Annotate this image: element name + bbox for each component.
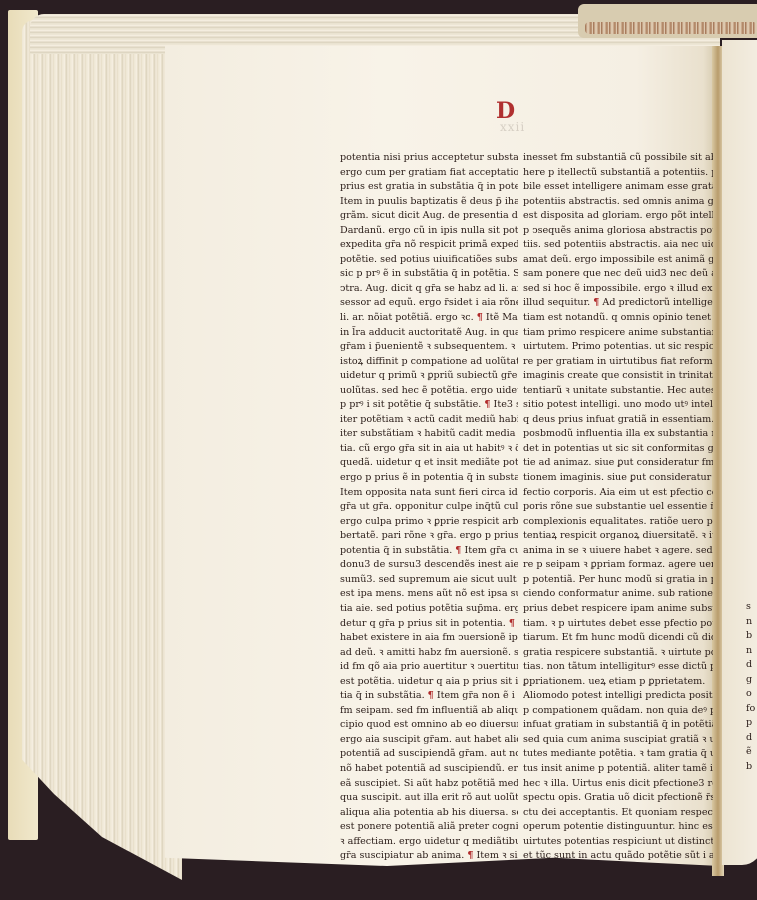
text-line: sed quia cum anima suscipiat gratiã ꝛ ui… <box>523 733 713 748</box>
text-line: id fm qõ aia prio auertitur ꝛ ↄuertitur … <box>340 660 518 675</box>
facing-line-fragment: o <box>746 687 755 702</box>
text-line: tia aie. sed potius potẽtia sup̃ma. ergo… <box>340 602 518 617</box>
text-line: tionem imaginis. siue ꝑut consideratur u… <box>523 471 713 486</box>
text-line: hec ꝛ illa. Uirtus enis dicit pfectione3… <box>523 777 713 792</box>
text-line: tus insit anime p potentiã. aliter tamẽ … <box>523 762 713 777</box>
text-line: tentiaꝝ respicit organoꝝ diuersitatẽ. ꝛ … <box>523 529 713 544</box>
text-line: here p itellectũ substantiã a potentiis.… <box>523 166 713 181</box>
text-line: uolũtas. sed hec ẽ potẽtia. ergo uidetꝰ … <box>340 384 518 399</box>
facing-page-text-fragment: snbndgofopdẽb <box>746 600 755 774</box>
text-line: bile esset intelligere animam esse gratã… <box>523 180 713 195</box>
text-line: re per gratiam in uirtutibus fiat reform… <box>523 355 713 370</box>
text-line: aliqua alia potentia ab his diuersa. sed… <box>340 806 518 821</box>
facing-line-fragment: fo <box>746 702 755 717</box>
text-line: anima in se ꝛ uiuere habet ꝛ agere. sed … <box>523 544 713 559</box>
text-line: Item opposita nata sunt fieri circa ide3… <box>340 486 518 501</box>
text-line: li. ar. nõiat potẽtiã. ergo ꝛc. ¶ Itẽ Ma… <box>340 311 518 326</box>
text-line: tutes mediante potẽtia. ꝛ tam gratia q̃ … <box>523 747 713 762</box>
text-line: uirtutes potentias respiciunt ut distinc… <box>523 835 713 850</box>
text-line: ctu dei acceptantis. Et quoniam respectu <box>523 806 713 821</box>
text-line: potentia q̃ in substãtia. ¶ Item gr̃a cu… <box>340 544 518 559</box>
text-line: gr̃a suscipiatur ab anima. ¶ Item ꝛ si g… <box>340 849 518 864</box>
text-line: p compationem quãdam. non quia deꝰ prꝰ <box>523 704 713 719</box>
text-line: iter substãtiam ꝛ habitũ cadit media pot… <box>340 427 518 442</box>
text-line: donu3 de sursu3 descendẽs inest aie fm s… <box>340 558 518 573</box>
facing-line-fragment: b <box>746 760 755 775</box>
text-line: uirtutem. Primo potentias. ut sic respic… <box>523 340 713 355</box>
text-line: sam ponere que nec deũ uid3 nec deũ amat <box>523 267 713 282</box>
pilcrow-rubric: ¶ <box>484 399 490 410</box>
text-line: eã suscipiet. Si aũt habz potẽtiã median… <box>340 777 518 792</box>
headband-stitching <box>585 22 757 34</box>
text-line: est disposita ad gloriam. ergo põt intel… <box>523 209 713 224</box>
text-line: sessor ad equũ. ergo r̃sidet i aia rõne … <box>340 296 518 311</box>
right-text-column: inesset fm substantiã cũ possibile sit a… <box>523 151 713 864</box>
text-line: q deus prius infuat gratiã in essentiam.… <box>523 413 713 428</box>
facing-line-fragment: d <box>746 658 755 673</box>
text-line: fm seipam. sed fm influentiã ab aliquo p… <box>340 704 518 719</box>
facing-line-fragment: p <box>746 716 755 731</box>
text-line: p prꝰ i sit potẽtie q̃ substãtie. ¶ Ite3… <box>340 398 518 413</box>
text-line: ciendo conformatur anime. sub ratione gr… <box>523 587 713 602</box>
text-line: sic p prꝰ ẽ in substãtia q̃ in potẽtia. … <box>340 267 518 282</box>
text-line: uidetur q primũ ꝛ ꝑpriũ subiectũ gr̃e ẽ … <box>340 369 518 384</box>
text-line: prius est gratia in substãtia q̃ in pote… <box>340 180 518 195</box>
text-line: qua suscipit. aut illa erit rõ aut uolũt… <box>340 791 518 806</box>
text-line: et tũc sunt in actu quãdo potẽtie sũt i … <box>523 849 713 864</box>
facing-line-fragment: n <box>746 644 755 659</box>
facing-line-fragment: n <box>746 615 755 630</box>
text-line: Dardanũ. ergo cũ in ipis nulla sit poten… <box>340 224 518 239</box>
text-line: spectu opis. Gratia uõ dicit pfectionẽ r… <box>523 791 713 806</box>
text-line: potentiã ad suscipiendã gr̃am. aut non. … <box>340 747 518 762</box>
text-line: potentiis abstractis. sed omnis anima gr… <box>523 195 713 210</box>
text-line: p ↄsequẽs anima gloriosa abstractis pote… <box>523 224 713 239</box>
pilcrow-rubric: ¶ <box>467 850 473 861</box>
text-line: poris rõne sue substantie uel essentie r… <box>523 500 713 515</box>
text-line: ꝛ affectiam. ergo uidetur q mediãtibus i… <box>340 835 518 850</box>
text-line: sumũ3. sed supremum aie sicut uult Aug. <box>340 573 518 588</box>
text-line: iter potẽtiam ꝛ actũ cadit mediũ habitꝰ.… <box>340 413 518 428</box>
text-line: p potentiã. Per hunc modũ si gratia in p… <box>523 573 713 588</box>
text-line: est potẽtia. uidetur q aia p prius sit i… <box>340 675 518 690</box>
text-line: est ponere potentiã aliã preter cognitiu… <box>340 820 518 835</box>
text-line: ergo p prius ẽ in potentia q̃ in substan… <box>340 471 518 486</box>
pilcrow-rubric: ¶ <box>593 297 599 308</box>
text-line: ergo aia suscipit gr̃am. aut habet aliqu… <box>340 733 518 748</box>
text-line: imaginis create que consistit in trinita… <box>523 369 713 384</box>
text-line: bertatẽ. pari rõne ꝛ gr̃a. ergo p prius … <box>340 529 518 544</box>
pilcrow-rubric: ¶ <box>428 690 434 701</box>
pilcrow-rubric: ¶ <box>477 312 483 323</box>
text-line: tia. cũ ergo gr̃a sit in aia ut habitꝰ ꝛ… <box>340 442 518 457</box>
text-line: operum potentie distinguuntur. hinc est … <box>523 820 713 835</box>
text-line: quedã. uidetur q et insit mediãte potent… <box>340 456 518 471</box>
text-line: fectio corporis. Aia eim ut est pfectio … <box>523 486 713 501</box>
facing-line-fragment: g <box>746 673 755 688</box>
text-line: sitio potest intelligi. uno modo utꝰ int… <box>523 398 713 413</box>
text-line: tie ad animaz. siue ꝑut consideratur fm … <box>523 456 713 471</box>
text-line: tiam est notandũ. q omnis opinio tenet g… <box>523 311 713 326</box>
text-line: expedita gr̃a nõ respicit primã expediti… <box>340 238 518 253</box>
pilcrow-rubric: ¶ <box>509 618 515 629</box>
text-line: re p seipam ꝛ ꝑpriam formaz. agere uero <box>523 558 713 573</box>
pilcrow-rubric: ¶ <box>455 545 461 556</box>
text-line: prius debet respicere ipam anime substan <box>523 602 713 617</box>
text-line: Aliomodo potest intelligi predicta posit… <box>523 689 713 704</box>
text-line: inesset fm substantiã cũ possibile sit a… <box>523 151 713 166</box>
text-line: istoꝝ diffinit p compatione ad uolũtatẽ.… <box>340 355 518 370</box>
text-line: potẽtie. sed potius uiuificatiões substã… <box>340 253 518 268</box>
text-line: tiam primo respicere anime substantiam. … <box>523 326 713 341</box>
text-line: cipio quod est omnino ab eo diuersum. cu… <box>340 718 518 733</box>
text-line: tiam. ꝛ p uirtutes debet esse pfectio po… <box>523 617 713 632</box>
text-line: detur q gr̃a p prius sit in potentia. ¶ … <box>340 617 518 632</box>
text-line: nõ habet potentiã ad suscipiendũ. ergo n… <box>340 762 518 777</box>
text-line: ꝑpriationem. ueꝝ etiam p ꝑprietatem. <box>523 675 713 690</box>
text-line: ↄtra. Aug. dicit q gr̃a se habz ad li. a… <box>340 282 518 297</box>
facing-line-fragment: ẽ <box>746 745 755 760</box>
folio-number: xxii <box>500 120 525 134</box>
text-line: gr̃am i p̃uenientẽ ꝛ subsequentem. ꝛ utr… <box>340 340 518 355</box>
text-line: ergo cum per gratiam fiat acceptatio. pe… <box>340 166 518 181</box>
text-line: Item in puulis baptizatis ẽ deus p̃ ihab… <box>340 195 518 210</box>
text-line: amat deũ. ergo impossibile est animã glo… <box>523 253 713 268</box>
text-line: in l̃ra adducit auctoritatẽ Aug. in qua … <box>340 326 518 341</box>
text-line: gratia respicere substantiã. ꝛ uirtute p… <box>523 646 713 661</box>
text-line: tentiarũ ꝛ unitate substantie. Hec autes… <box>523 384 713 399</box>
text-line: ad deũ. ꝛ amitti habz fm auersionẽ. si e… <box>340 646 518 661</box>
text-line: tiarum. Et fm hunc modũ dicendi cũ dicit <box>523 631 713 646</box>
text-line: grãm. sicut dicit Aug. de presentia dei … <box>340 209 518 224</box>
text-line: tias. non tãtum intelligiturꝰ esse dictũ… <box>523 660 713 675</box>
text-line: posbmodũ influentia illa ex substantia r… <box>523 427 713 442</box>
text-line: tiis. sed potentiis abstractis. aia nec … <box>523 238 713 253</box>
text-line: illud sequitur. ¶ Ad predictorũ intellig… <box>523 296 713 311</box>
text-line: det in potentias ut sic sit conformitas … <box>523 442 713 457</box>
text-line: gr̃a ut gr̃a. opponitur culpe inq̃tũ cul… <box>340 500 518 515</box>
facing-line-fragment: s <box>746 600 755 615</box>
text-line: potentia nisi prius acceptetur substanti… <box>340 151 518 166</box>
facing-line-fragment: b <box>746 629 755 644</box>
text-line: complexionis equalitates. ratiõe uero po <box>523 515 713 530</box>
text-line: infuat gratiam in substantiã q̃ in potẽt… <box>523 718 713 733</box>
text-line: sed si hoc ẽ impossibile. ergo ꝛ illud e… <box>523 282 713 297</box>
page-edges-stack <box>22 20 182 880</box>
left-text-column: potentia nisi prius acceptetur substanti… <box>340 151 518 864</box>
text-line: est ipa mens. mens aũt nõ est ipsa subst… <box>340 587 518 602</box>
facing-line-fragment: d <box>746 731 755 746</box>
text-line: habet existere in aia fm ↄuersionẽ ipius… <box>340 631 518 646</box>
text-line: tia q̃ in substãtia. ¶ Item gr̃a non ẽ i… <box>340 689 518 704</box>
text-line: ergo culpa primo ꝛ ꝑprie respicit arbitr… <box>340 515 518 530</box>
